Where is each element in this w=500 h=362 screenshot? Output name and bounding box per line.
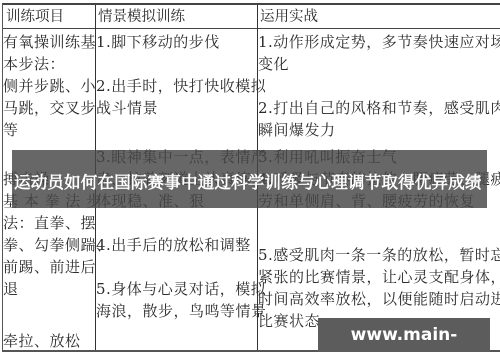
cell-line: 侧并步跳、小 [3,75,91,97]
cell-line: 5.身体与心灵对话，模拟 [96,278,266,300]
cell-line: 本步法： [3,53,91,75]
cell-line: 4.出手后的放松和调整 [96,234,251,256]
header-practical-application: 运用实战 [257,5,500,29]
cell-line: 战斗情景 [96,97,158,119]
cell-line: 2.打出自己的风格和节奏，感受肌肉的 [258,97,500,119]
header-scenario-simulation: 情景模拟训练 [95,5,257,29]
cell-line: 退 [3,278,91,300]
cell-line: 前踢、前进后 [3,256,91,278]
cell-line: 马跳，交叉步 [3,97,91,119]
cell-line: 等 [3,119,91,141]
cell-line: 比赛状态 [258,310,320,332]
header-training-item: 训练项目 [3,5,95,29]
cell-line: 2.出手时，快打快收模拟 [96,75,266,97]
cell-line: 瞬间爆发力 [258,119,336,141]
banner-title: 运动员如何在国际赛事中通过科学训练与心理调节取得优异成绩 [14,169,482,193]
watermark: www.main-c7.com [318,318,490,352]
cell-line: 变化 [258,53,289,75]
cell-line: 紧张的比赛情景，让心灵支配身体，短 [258,266,500,288]
cell-line: 时间高效率放松，以便能随时启动进入 [258,288,500,310]
cell-line: 5.感受肌肉一条一条的放松，暂时忘却 [258,244,500,266]
cell-line: 牵拉、放松 [3,330,91,352]
cell-line: 法：直拳、摆 [3,212,91,234]
cell-line: 有氧操训练基 [3,31,91,53]
cell-line: 拳、勾拳侧踹、 [3,234,91,256]
cell-line: 1.脚下移动的步伐 [96,31,220,53]
cell-line: 海浪，散步，鸟鸣等情景 [96,300,267,322]
cell-line: 1.动作形成定势，多节奏快速应对场上 [258,31,500,53]
